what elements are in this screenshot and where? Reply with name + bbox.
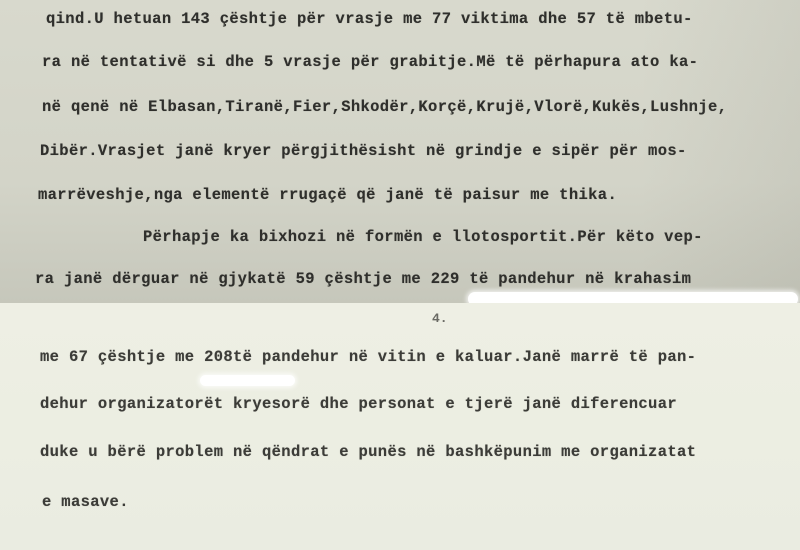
text-line: marrëveshje,nga elementë rrugaçë që janë…	[38, 186, 617, 204]
paragraph-first-line: Përhapje ka bixhozi në formën e llotospo…	[143, 228, 703, 246]
text-line: e masave.	[42, 493, 129, 511]
document-page-upper: qind.U hetuan 143 çështje për vrasje me …	[0, 0, 800, 303]
document-page-lower: 4. me 67 çështje me 208të pandehur në vi…	[0, 303, 800, 550]
page-number: 4.	[432, 311, 448, 326]
highlight-streak	[200, 375, 295, 386]
text-line: duke u bërë problem në qëndrat e punës n…	[40, 443, 696, 461]
text-line: në qenë në Elbasan,Tiranë,Fier,Shkodër,K…	[42, 98, 727, 116]
text-line: dehur organizatorët kryesorë dhe persona…	[40, 395, 677, 413]
text-line: Dibër.Vrasjet janë kryer përgjithësisht …	[40, 142, 687, 160]
text-line: ra në tentativë si dhe 5 vrasje për grab…	[42, 53, 698, 71]
text-line: qind.U hetuan 143 çështje për vrasje me …	[46, 10, 693, 28]
text-line: me 67 çështje me 208të pandehur në vitin…	[40, 348, 696, 366]
text-line: ra janë dërguar në gjykatë 59 çështje me…	[35, 270, 691, 288]
